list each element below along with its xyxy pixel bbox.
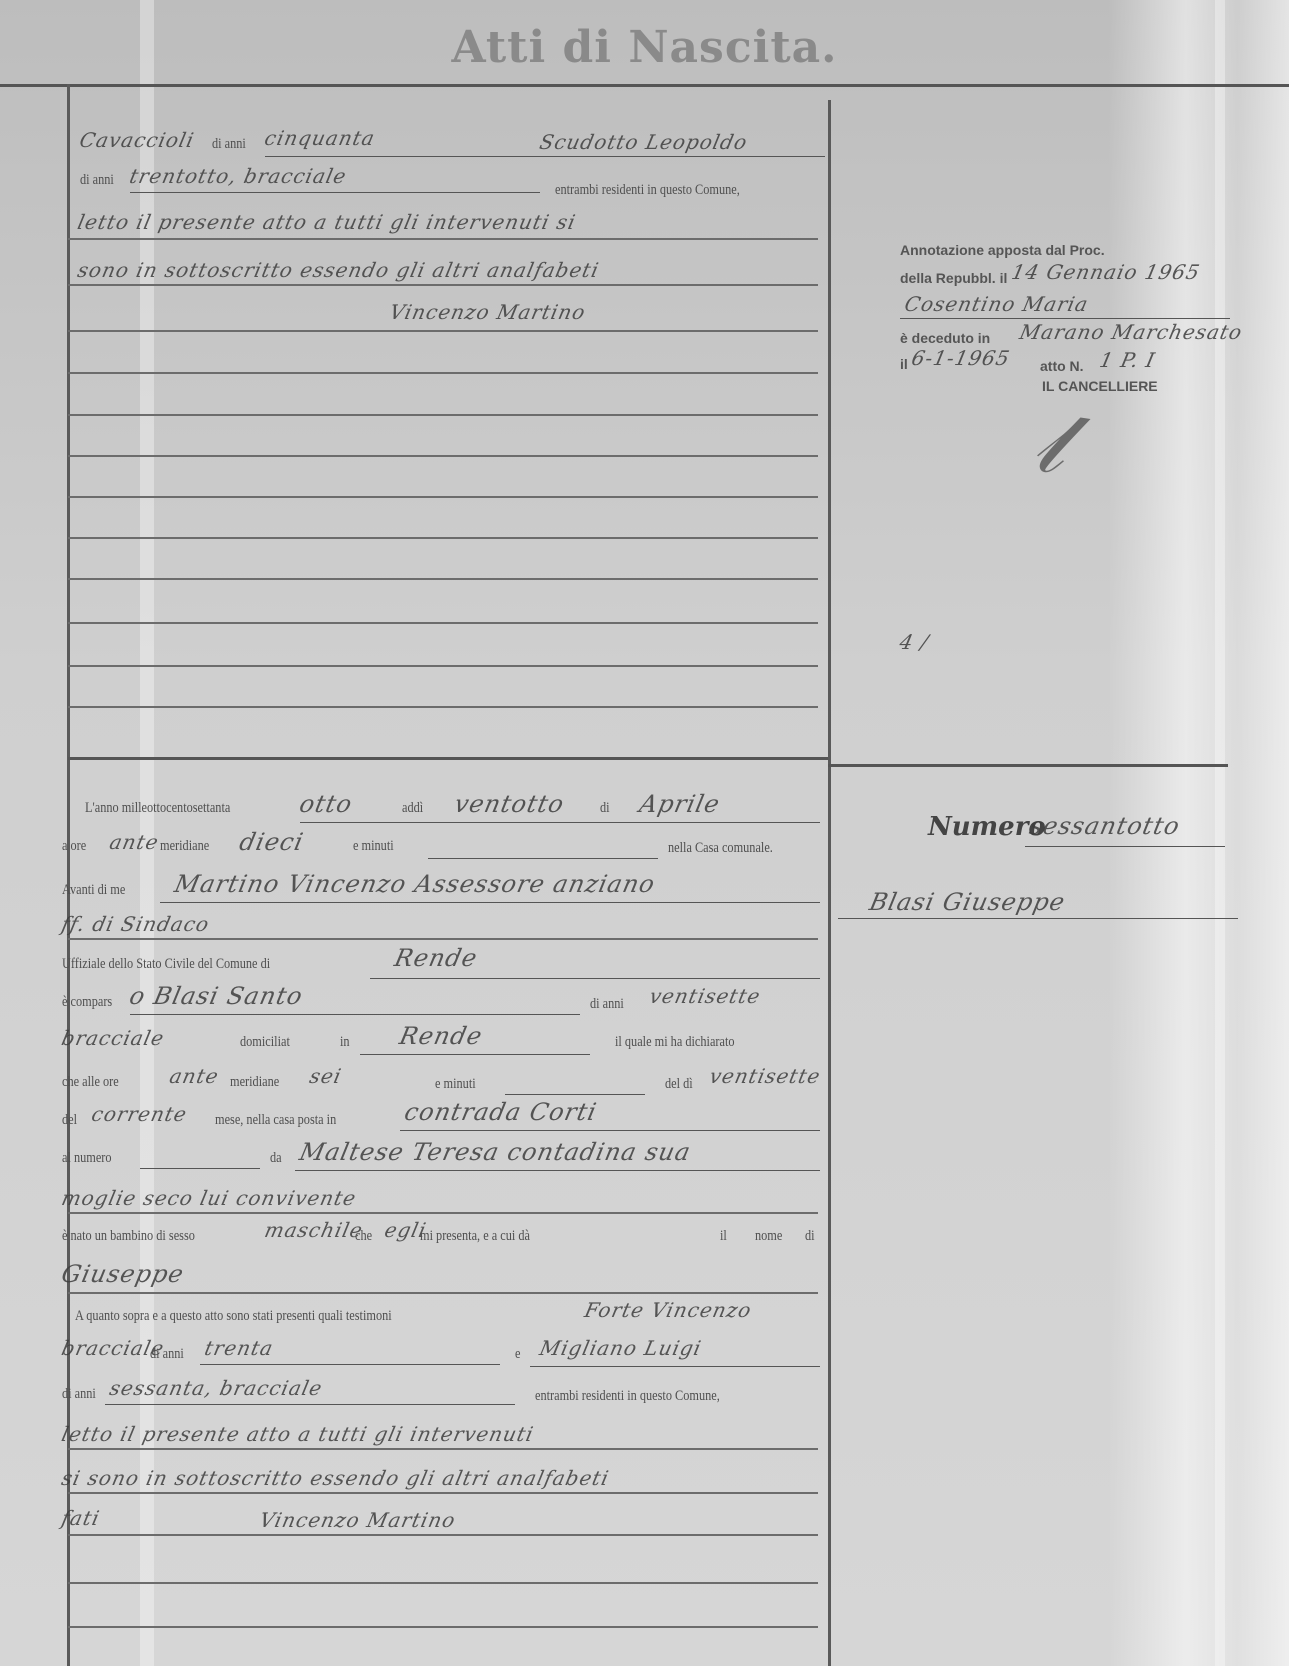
mother-relation: moglie seco lui convivente <box>59 1186 358 1210</box>
printed-text: il quale mi ha dichiarato <box>615 1034 735 1051</box>
rule <box>68 1292 818 1294</box>
printed-text: del <box>62 1112 77 1129</box>
officer-role: ff. di Sindaco <box>59 912 211 936</box>
fill-line <box>140 1168 260 1169</box>
rule <box>68 1212 818 1214</box>
margin-child-name: Blasi Giuseppe <box>867 888 1068 916</box>
printed-text: domiciliat <box>240 1034 290 1051</box>
fill-line <box>295 1170 820 1171</box>
rule <box>68 1626 818 1628</box>
closing-line: sono in sottoscritto essendo gli altri a… <box>75 258 601 282</box>
rule <box>68 1492 818 1494</box>
signature: Vincenzo Martino <box>387 300 588 324</box>
printed-text: meridiane <box>230 1074 279 1091</box>
printed-text: e <box>515 1346 520 1363</box>
child-sex: maschile <box>262 1218 365 1242</box>
printed-text: di anni <box>62 1386 96 1403</box>
rule <box>68 938 818 940</box>
printed-text: addì <box>402 800 423 817</box>
rule <box>68 330 818 332</box>
child-name: Giuseppe <box>59 1260 187 1288</box>
column-divider <box>828 100 831 1666</box>
rule <box>68 1582 818 1584</box>
rule <box>68 578 818 580</box>
officer-name: Martino Vincenzo Assessore anziano <box>172 870 658 898</box>
birth-month-ref: corrente <box>89 1102 189 1126</box>
annotation-name: Cosentino Maria <box>902 292 1090 316</box>
fill-line <box>160 902 820 903</box>
birth-hour: sei <box>307 1064 344 1088</box>
printed-text: nome <box>755 1228 782 1245</box>
declarant-profession: bracciale <box>59 1026 166 1050</box>
fill-line <box>200 1364 500 1365</box>
printed-text: A quanto sopra e a questo atto sono stat… <box>75 1308 392 1325</box>
annotation-date: 14 Gennaio 1965 <box>1009 260 1202 284</box>
rule <box>68 706 818 708</box>
printed-text: Uffiziale dello Stato Civile del Comune … <box>62 956 270 973</box>
rule <box>68 496 818 498</box>
witness2-age: trentotto, bracciale <box>127 164 349 188</box>
declarant-name: o Blasi Santo <box>127 982 306 1010</box>
birth-day: ventotto <box>452 790 567 818</box>
printed-text: di <box>805 1228 815 1245</box>
fill-line <box>130 1014 580 1015</box>
year-word: otto <box>297 790 355 818</box>
fill-line <box>360 1054 590 1055</box>
annotation-printed: Annotazione apposta dal Proc. <box>900 242 1105 258</box>
margin-divider <box>828 764 1228 767</box>
printed-text: e minuti <box>353 838 394 855</box>
domicile-place: Rende <box>397 1022 485 1050</box>
rule <box>68 1534 818 1536</box>
rule <box>68 372 818 374</box>
witness-name: Cavaccioli <box>77 128 196 152</box>
printed-text: L'anno milleottocentosettanta <box>85 800 230 817</box>
record-divider <box>68 757 828 760</box>
printed-text: a ore <box>62 838 86 855</box>
closing-line: letto il presente atto a tutti gli inter… <box>59 1422 536 1446</box>
fill-line <box>400 1130 820 1131</box>
annotation-printed: della Repubbl. il <box>900 270 1007 286</box>
witness2-age: sessanta, bracciale <box>107 1376 324 1400</box>
annotation-place: Marano Marchesato <box>1017 320 1244 344</box>
fill-line <box>300 822 820 823</box>
witness1-name: Forte Vincenzo <box>582 1298 754 1322</box>
signature: Vincenzo Martino <box>257 1508 458 1532</box>
printed-text: è compars <box>62 994 112 1011</box>
printed-text: al numero <box>62 1150 112 1167</box>
witness1-age: trenta <box>202 1336 275 1360</box>
printed-text: che alle ore <box>62 1074 119 1091</box>
printed-text: mese, nella casa posta in <box>215 1112 336 1129</box>
printed-text: meridiane <box>160 838 209 855</box>
printed-text: e minuti <box>435 1076 476 1093</box>
fill-line <box>428 858 658 859</box>
printed-text: entrambi residenti in questo Comune, <box>535 1388 720 1405</box>
declarant-age: ventisette <box>647 984 763 1008</box>
printed-text: di <box>600 800 610 817</box>
ante-meridian: ante <box>107 830 161 854</box>
witness-age: cinquanta <box>262 126 377 150</box>
birth-month: Aprile <box>637 790 723 818</box>
printed-text: da <box>270 1150 282 1167</box>
witness2-name: Scudotto Leopoldo <box>537 130 749 154</box>
rule <box>68 537 818 539</box>
closing-line: fati <box>59 1506 102 1530</box>
rule <box>68 284 818 286</box>
fill-line <box>505 1094 645 1095</box>
fill-line <box>370 978 820 979</box>
printed-text: del dì <box>665 1076 693 1093</box>
chancellor-signature-icon: 𝓁 <box>1029 388 1080 498</box>
annotation-atto-number: 1 P. I <box>1097 348 1157 372</box>
closing-line: si sono in sottoscritto essendo gli altr… <box>59 1466 611 1490</box>
mother-name: Maltese Teresa contadina sua <box>297 1138 694 1166</box>
birth-address: contrada Corti <box>402 1098 600 1126</box>
header-border <box>0 84 1289 87</box>
printed-text: Avanti di me <box>62 882 125 899</box>
fill-line <box>900 318 1230 319</box>
printed-text: mi presenta, e a cui dà <box>420 1228 530 1245</box>
printed-text: il <box>720 1228 727 1245</box>
annotation-printed: è deceduto in <box>900 330 990 346</box>
label-age: di anni <box>80 172 114 189</box>
printed-text: è nato un bambino di sesso <box>62 1228 195 1245</box>
scan-streak <box>1215 0 1225 1666</box>
label-age: di anni <box>212 136 246 153</box>
comune-name: Rende <box>392 944 480 972</box>
fill-line <box>105 1404 515 1405</box>
declaration-hour: dieci <box>237 828 306 856</box>
rule <box>68 1448 818 1450</box>
rule <box>68 414 818 416</box>
ante-meridian: ante <box>167 1064 221 1088</box>
birth-date: ventisette <box>707 1064 823 1088</box>
printed-text: in <box>340 1034 350 1051</box>
rule <box>68 665 818 667</box>
printed-text: nella Casa comunale. <box>668 840 773 857</box>
printed-text: di anni <box>590 996 624 1013</box>
numero-value: sessantotto <box>1027 812 1183 840</box>
witness2-name: Migliano Luigi <box>537 1336 704 1360</box>
printed-text: di anni <box>150 1346 184 1363</box>
page-title: Atti di Nascita. <box>0 22 1289 73</box>
fill-line <box>130 192 540 193</box>
annotation-printed: atto N. <box>1040 358 1084 374</box>
fill-line <box>838 918 1238 919</box>
closing-line: letto il presente atto a tutti gli inter… <box>75 210 578 234</box>
rule <box>68 455 818 457</box>
fill-line <box>265 156 825 157</box>
fill-line <box>1025 846 1225 847</box>
annotation-death-date: 6-1-1965 <box>909 346 1012 370</box>
fill-line <box>530 1366 820 1367</box>
rule <box>68 238 818 240</box>
stray-mark: 4 / <box>897 630 931 654</box>
printed-text: che <box>355 1228 372 1245</box>
printed-residence: entrambi residenti in questo Comune, <box>555 182 740 199</box>
annotation-printed: il <box>900 356 908 372</box>
rule <box>68 622 818 624</box>
